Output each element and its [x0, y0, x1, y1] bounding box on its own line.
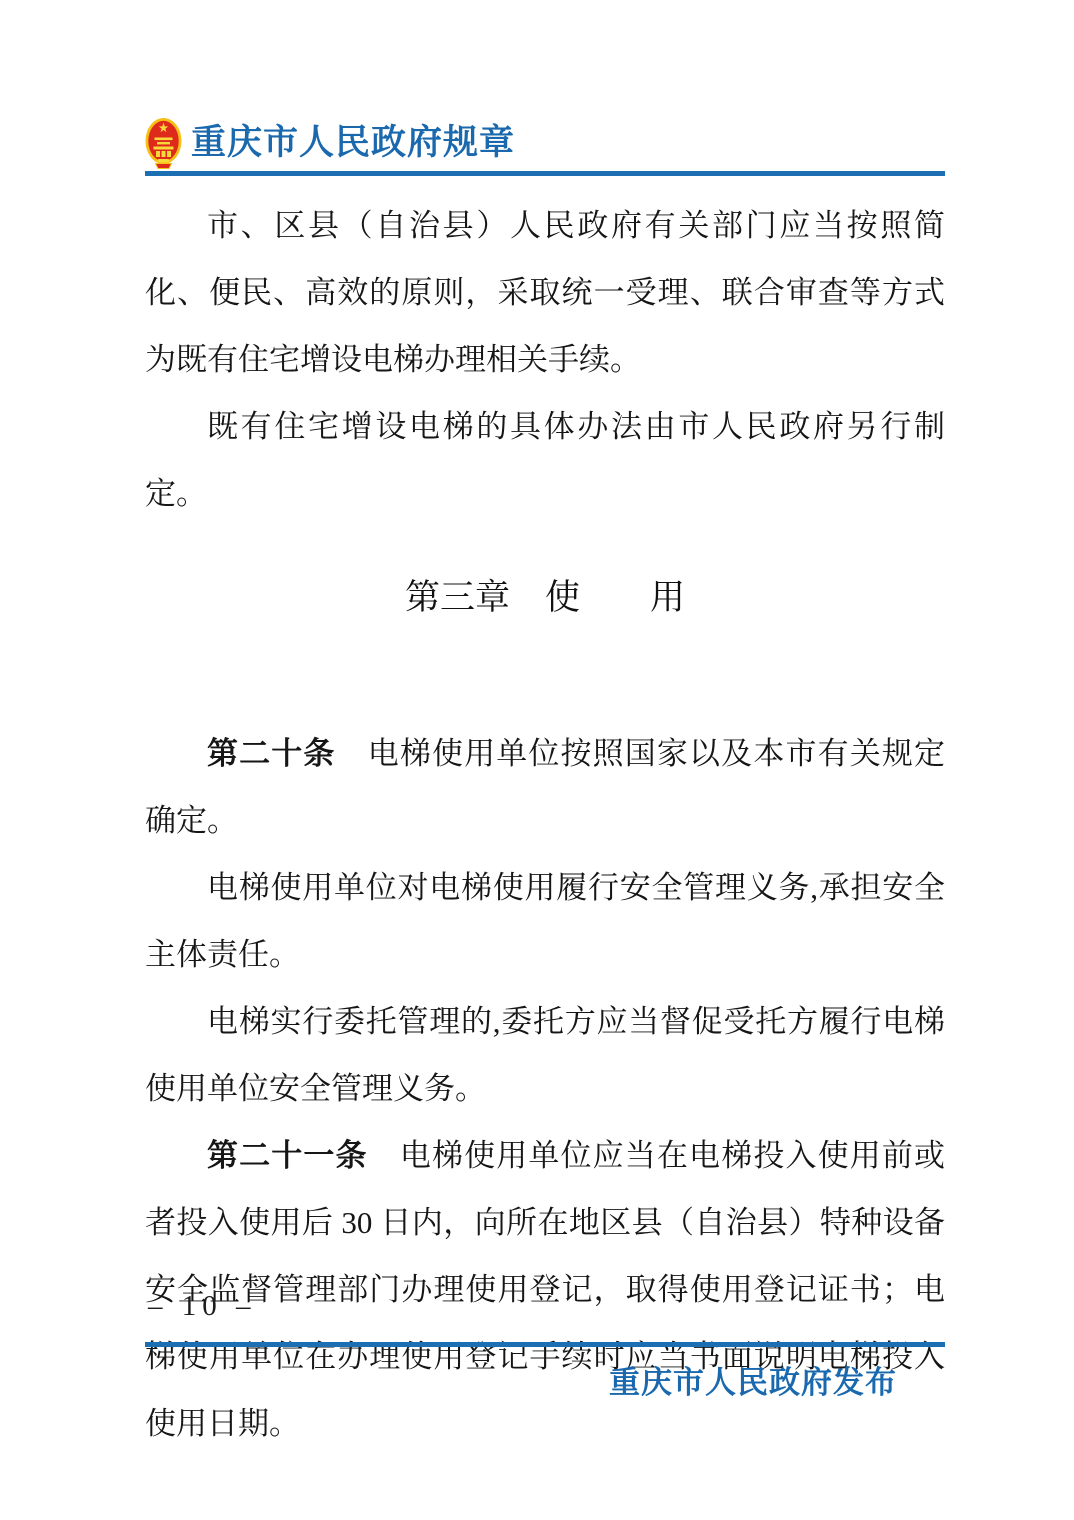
china-national-emblem-icon [145, 117, 182, 169]
paragraph: 既有住宅增设电梯的具体办法由市人民政府另行制定。 [145, 393, 945, 527]
document-page: 重庆市人民政府规章 市、区县（自治县）人民政府有关部门应当按照简化、便民、高效的… [0, 0, 1074, 1520]
header-divider [145, 171, 945, 176]
paragraph: 电梯使用单位对电梯使用履行安全管理义务,承担安全主体责任。 [145, 854, 945, 988]
document-body: 市、区县（自治县）人民政府有关部门应当按照简化、便民、高效的原则，采取统一受理、… [145, 192, 945, 1457]
paragraph-text: 电梯使用单位对电梯使用履行安全管理义务,承担安全主体责任。 [145, 870, 945, 972]
paragraph-text: 既有住宅增设电梯的具体办法由市人民政府另行制定。 [145, 409, 945, 511]
article-number: 第二十一条 [207, 1138, 400, 1173]
paragraph: 市、区县（自治县）人民政府有关部门应当按照简化、便民、高效的原则，采取统一受理、… [145, 192, 945, 393]
page-title: 重庆市人民政府规章 [191, 117, 515, 169]
publisher-label: 重庆市人民政府发布 [145, 1363, 897, 1403]
paragraph-text: 电梯实行委托管理的,委托方应当督促受托方履行电梯使用单位安全管理义务。 [145, 1004, 945, 1106]
article-paragraph: 第二十条 电梯使用单位按照国家以及本市有关规定确定。 [145, 720, 945, 854]
paragraph: 电梯实行委托管理的,委托方应当督促受托方履行电梯使用单位安全管理义务。 [145, 988, 945, 1122]
footer-divider [145, 1342, 945, 1347]
paragraph-text: 市、区县（自治县）人民政府有关部门应当按照简化、便民、高效的原则，采取统一受理、… [145, 208, 945, 377]
article-paragraph: 第二十一条 电梯使用单位应当在电梯投入使用前或者投入使用后 30 日内，向所在地… [145, 1122, 945, 1457]
article-number: 第二十条 [207, 736, 368, 771]
page-number: – 10 – [148, 1290, 257, 1322]
page-header: 重庆市人民政府规章 [145, 117, 945, 169]
chapter-heading: 第三章 使 用 [145, 573, 945, 623]
